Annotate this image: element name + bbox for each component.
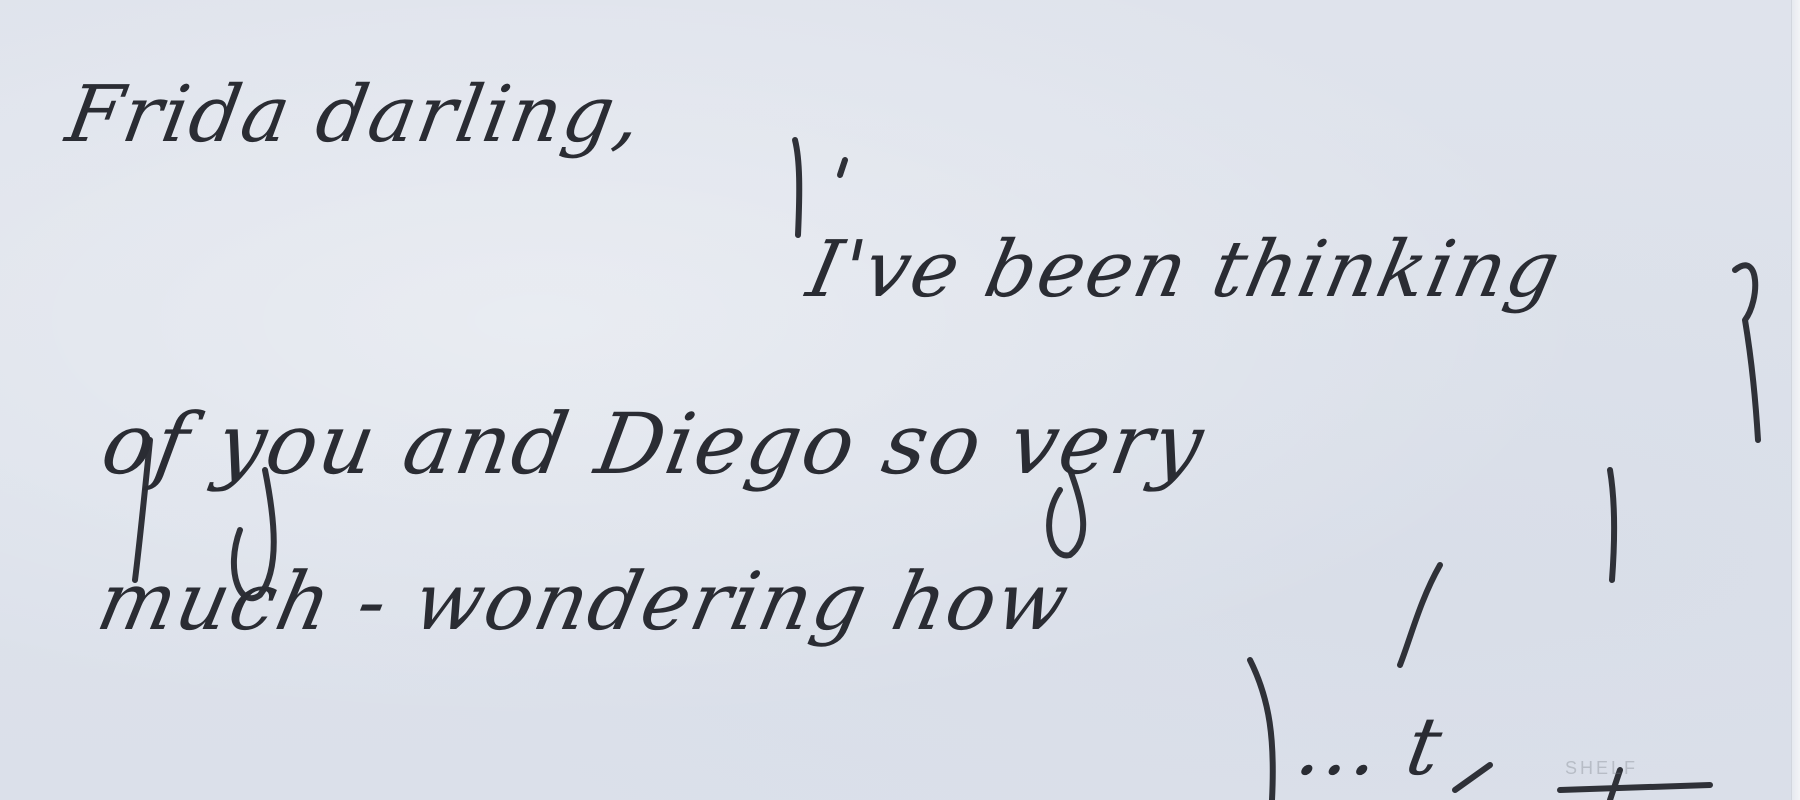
letter-line-3: of you and Diego so very	[95, 395, 1212, 493]
letter-line-4: much - wondering how	[90, 555, 1078, 648]
salutation-line: Frida darling,	[60, 70, 650, 160]
letter-page: Frida darling, I've been thinking of you…	[0, 0, 1800, 800]
letter-line-5-partial: ... t	[1290, 700, 1450, 793]
letter-line-2: I've been thinking	[800, 225, 1569, 315]
paper-right-edge	[1791, 0, 1800, 800]
faint-stamp-text: SHELF	[1565, 758, 1638, 779]
